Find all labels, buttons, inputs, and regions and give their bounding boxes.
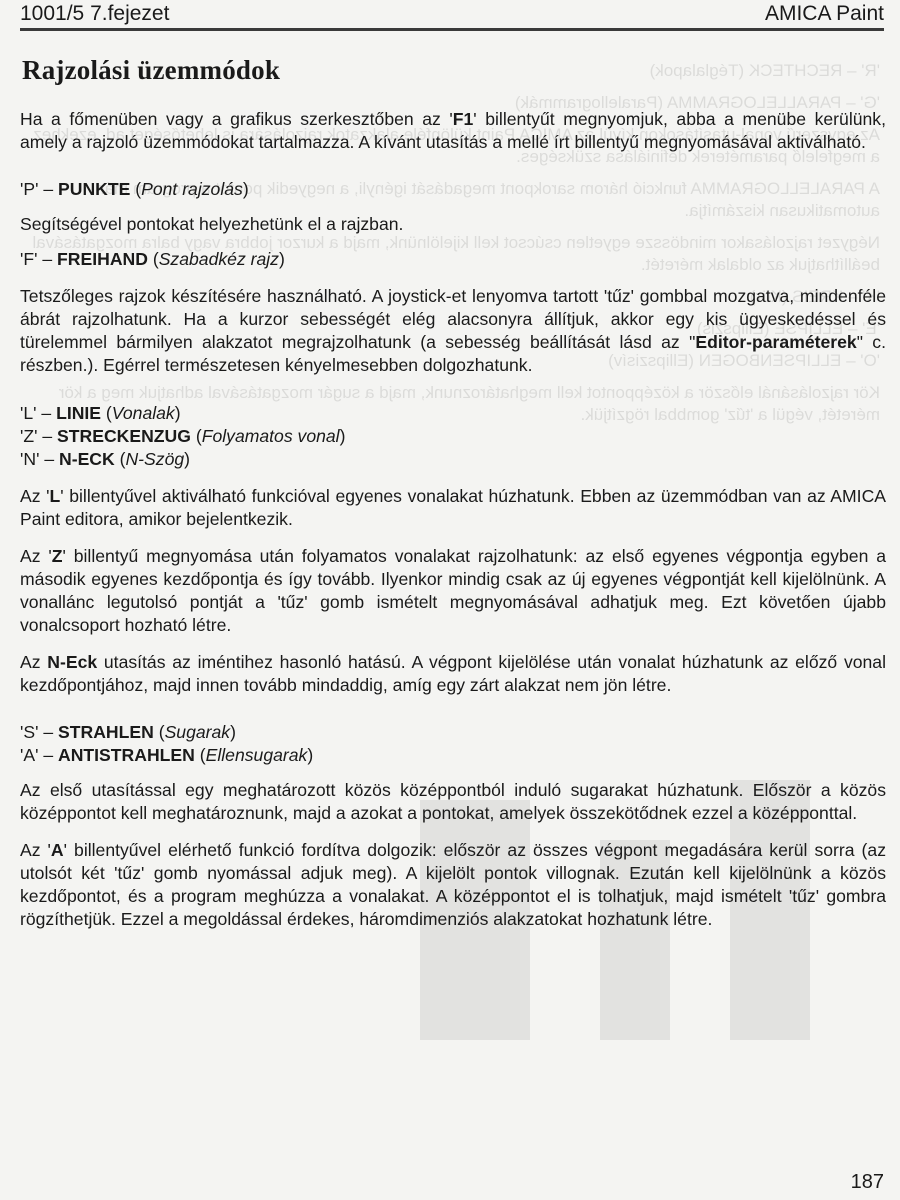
- page-title: Rajzolási üzemmódok: [22, 54, 280, 86]
- editor-parameters-reference: Editor-paraméterek: [695, 332, 856, 352]
- page-header: 1001/5 7.fejezet AMICA Paint: [20, 0, 884, 31]
- section-heading-neck: 'N' – N-ECK (N-Szög): [20, 448, 886, 471]
- header-product: AMICA Paint: [765, 0, 884, 28]
- section-heading-linie: 'L' – LINIE (Vonalak): [20, 402, 886, 425]
- section-heading-strahlen: 'S' – STRAHLEN (Sugarak): [20, 721, 886, 744]
- section-heading-freihand: 'F' – FREIHAND (Szabadkéz rajz): [20, 248, 886, 271]
- strahlen-description: Az első utasítással egy meghatározott kö…: [20, 779, 886, 825]
- linie-description: Az 'L' billentyűvel aktiválható funkcióv…: [20, 485, 886, 531]
- antistrahlen-description: Az 'A' billentyűvel elérhető funkció for…: [20, 839, 886, 931]
- section-heading-antistrahlen: 'A' – ANTISTRAHLEN (Ellensugarak): [20, 744, 886, 767]
- header-chapter: 1001/5 7.fejezet: [20, 0, 169, 28]
- punkte-description: Segítségével pontokat helyezhetünk el a …: [20, 213, 886, 236]
- section-heading-streckenzug: 'Z' – STRECKENZUG (Folyamatos vonal): [20, 425, 886, 448]
- neck-description: Az N-Eck utasítás az iméntihez hasonló h…: [20, 651, 886, 697]
- page-content: Ha a főmenüben vagy a grafikus szerkeszt…: [20, 108, 886, 931]
- streckenzug-description: Az 'Z' billentyű megnyomása után folyama…: [20, 545, 886, 637]
- key-label: F1: [453, 109, 474, 129]
- page-number: 187: [851, 1170, 884, 1194]
- intro-paragraph: Ha a főmenüben vagy a grafikus szerkeszt…: [20, 108, 886, 154]
- section-heading-punkte: 'P' – PUNKTE (Pont rajzolás): [20, 178, 886, 201]
- freihand-description: Tetszőleges rajzok készítésére használha…: [20, 285, 886, 377]
